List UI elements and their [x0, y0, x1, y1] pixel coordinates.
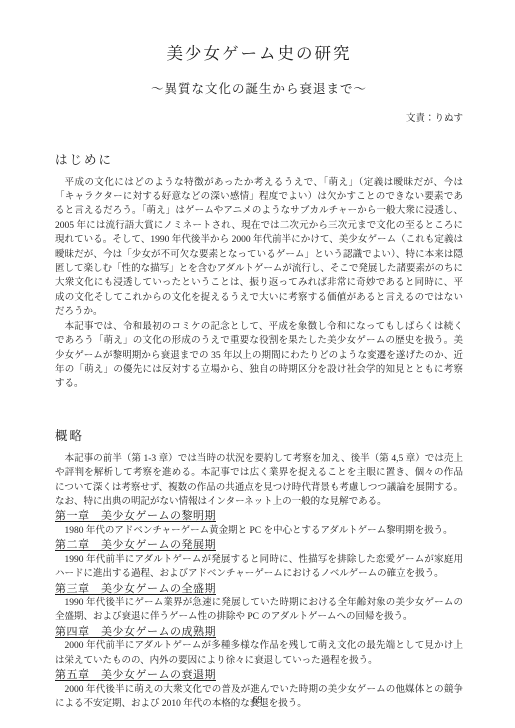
chapter-title: 第一章 美少女ゲームの黎明期 — [55, 509, 463, 524]
chapter-item: 第二章 美少女ゲームの発展期 1990 年代前半にアダルトゲームが発展すると同時… — [55, 538, 463, 581]
chapter-description: 1990 年代後半にゲーム業界が急速に発展していた時期における全年齢対象の美少女… — [55, 596, 463, 625]
chapter-item: 第一章 美少女ゲームの黎明期 1980 年代のアドベンチャーゲーム黄金期と PC… — [55, 509, 463, 538]
chapter-list: 第一章 美少女ゲームの黎明期 1980 年代のアドベンチャーゲーム黄金期と PC… — [55, 509, 463, 711]
chapter-title: 第三章 美少女ゲームの全盛期 — [55, 582, 463, 597]
author-byline: 文責：りぬす — [55, 110, 463, 124]
overview-paragraph: 本記事の前半（第 1-3 章）では当時の状況を要約して考察を加え、後半（第 4,… — [55, 452, 463, 510]
page-number: 69 — [0, 695, 515, 706]
chapter-title: 第四章 美少女ゲームの成熟期 — [55, 625, 463, 640]
chapter-title: 第二章 美少女ゲームの発展期 — [55, 538, 463, 553]
section-introduction: はじめに 平成の文化にはどのような特徴があったか考えるうえで、「萌え」（定義は曖… — [55, 153, 463, 392]
section-overview: 概略 本記事の前半（第 1-3 章）では当時の状況を要約して考察を加え、後半（第… — [55, 429, 463, 712]
article-subtitle: ～異質な文化の誕生から衰退まで～ — [55, 79, 463, 97]
chapter-title: 第五章 美少女ゲームの衰退期 — [55, 668, 463, 683]
chapter-description: 2000 年代前半にアダルトゲームが多種多様な作品を残して萌え文化の最先端として… — [55, 639, 463, 668]
intro-paragraph: 平成の文化にはどのような特徴があったか考えるうえで、「萌え」（定義は曖昧だが、今… — [55, 176, 463, 320]
intro-paragraph: 本記事では、令和最初のコミケの記念として、平成を象徴し令和になってもしばらくは続… — [55, 320, 463, 392]
overview-heading: 概略 — [55, 429, 463, 444]
chapter-description: 1990 年代前半にアダルトゲームが発展すると同時に、性描写を排除した恋愛ゲーム… — [55, 553, 463, 582]
article-title: 美少女ゲーム史の研究 — [55, 44, 463, 65]
chapter-item: 第四章 美少女ゲームの成熟期 2000 年代前半にアダルトゲームが多種多様な作品… — [55, 625, 463, 668]
chapter-item: 第三章 美少女ゲームの全盛期 1990 年代後半にゲーム業界が急速に発展していた… — [55, 582, 463, 625]
chapter-description: 1980 年代のアドベンチャーゲーム黄金期と PC を中心とするアダルトゲーム黎… — [55, 524, 463, 538]
document-page: 美少女ゲーム史の研究 ～異質な文化の誕生から衰退まで～ 文責：りぬす はじめに … — [0, 0, 515, 728]
intro-heading: はじめに — [55, 153, 463, 168]
